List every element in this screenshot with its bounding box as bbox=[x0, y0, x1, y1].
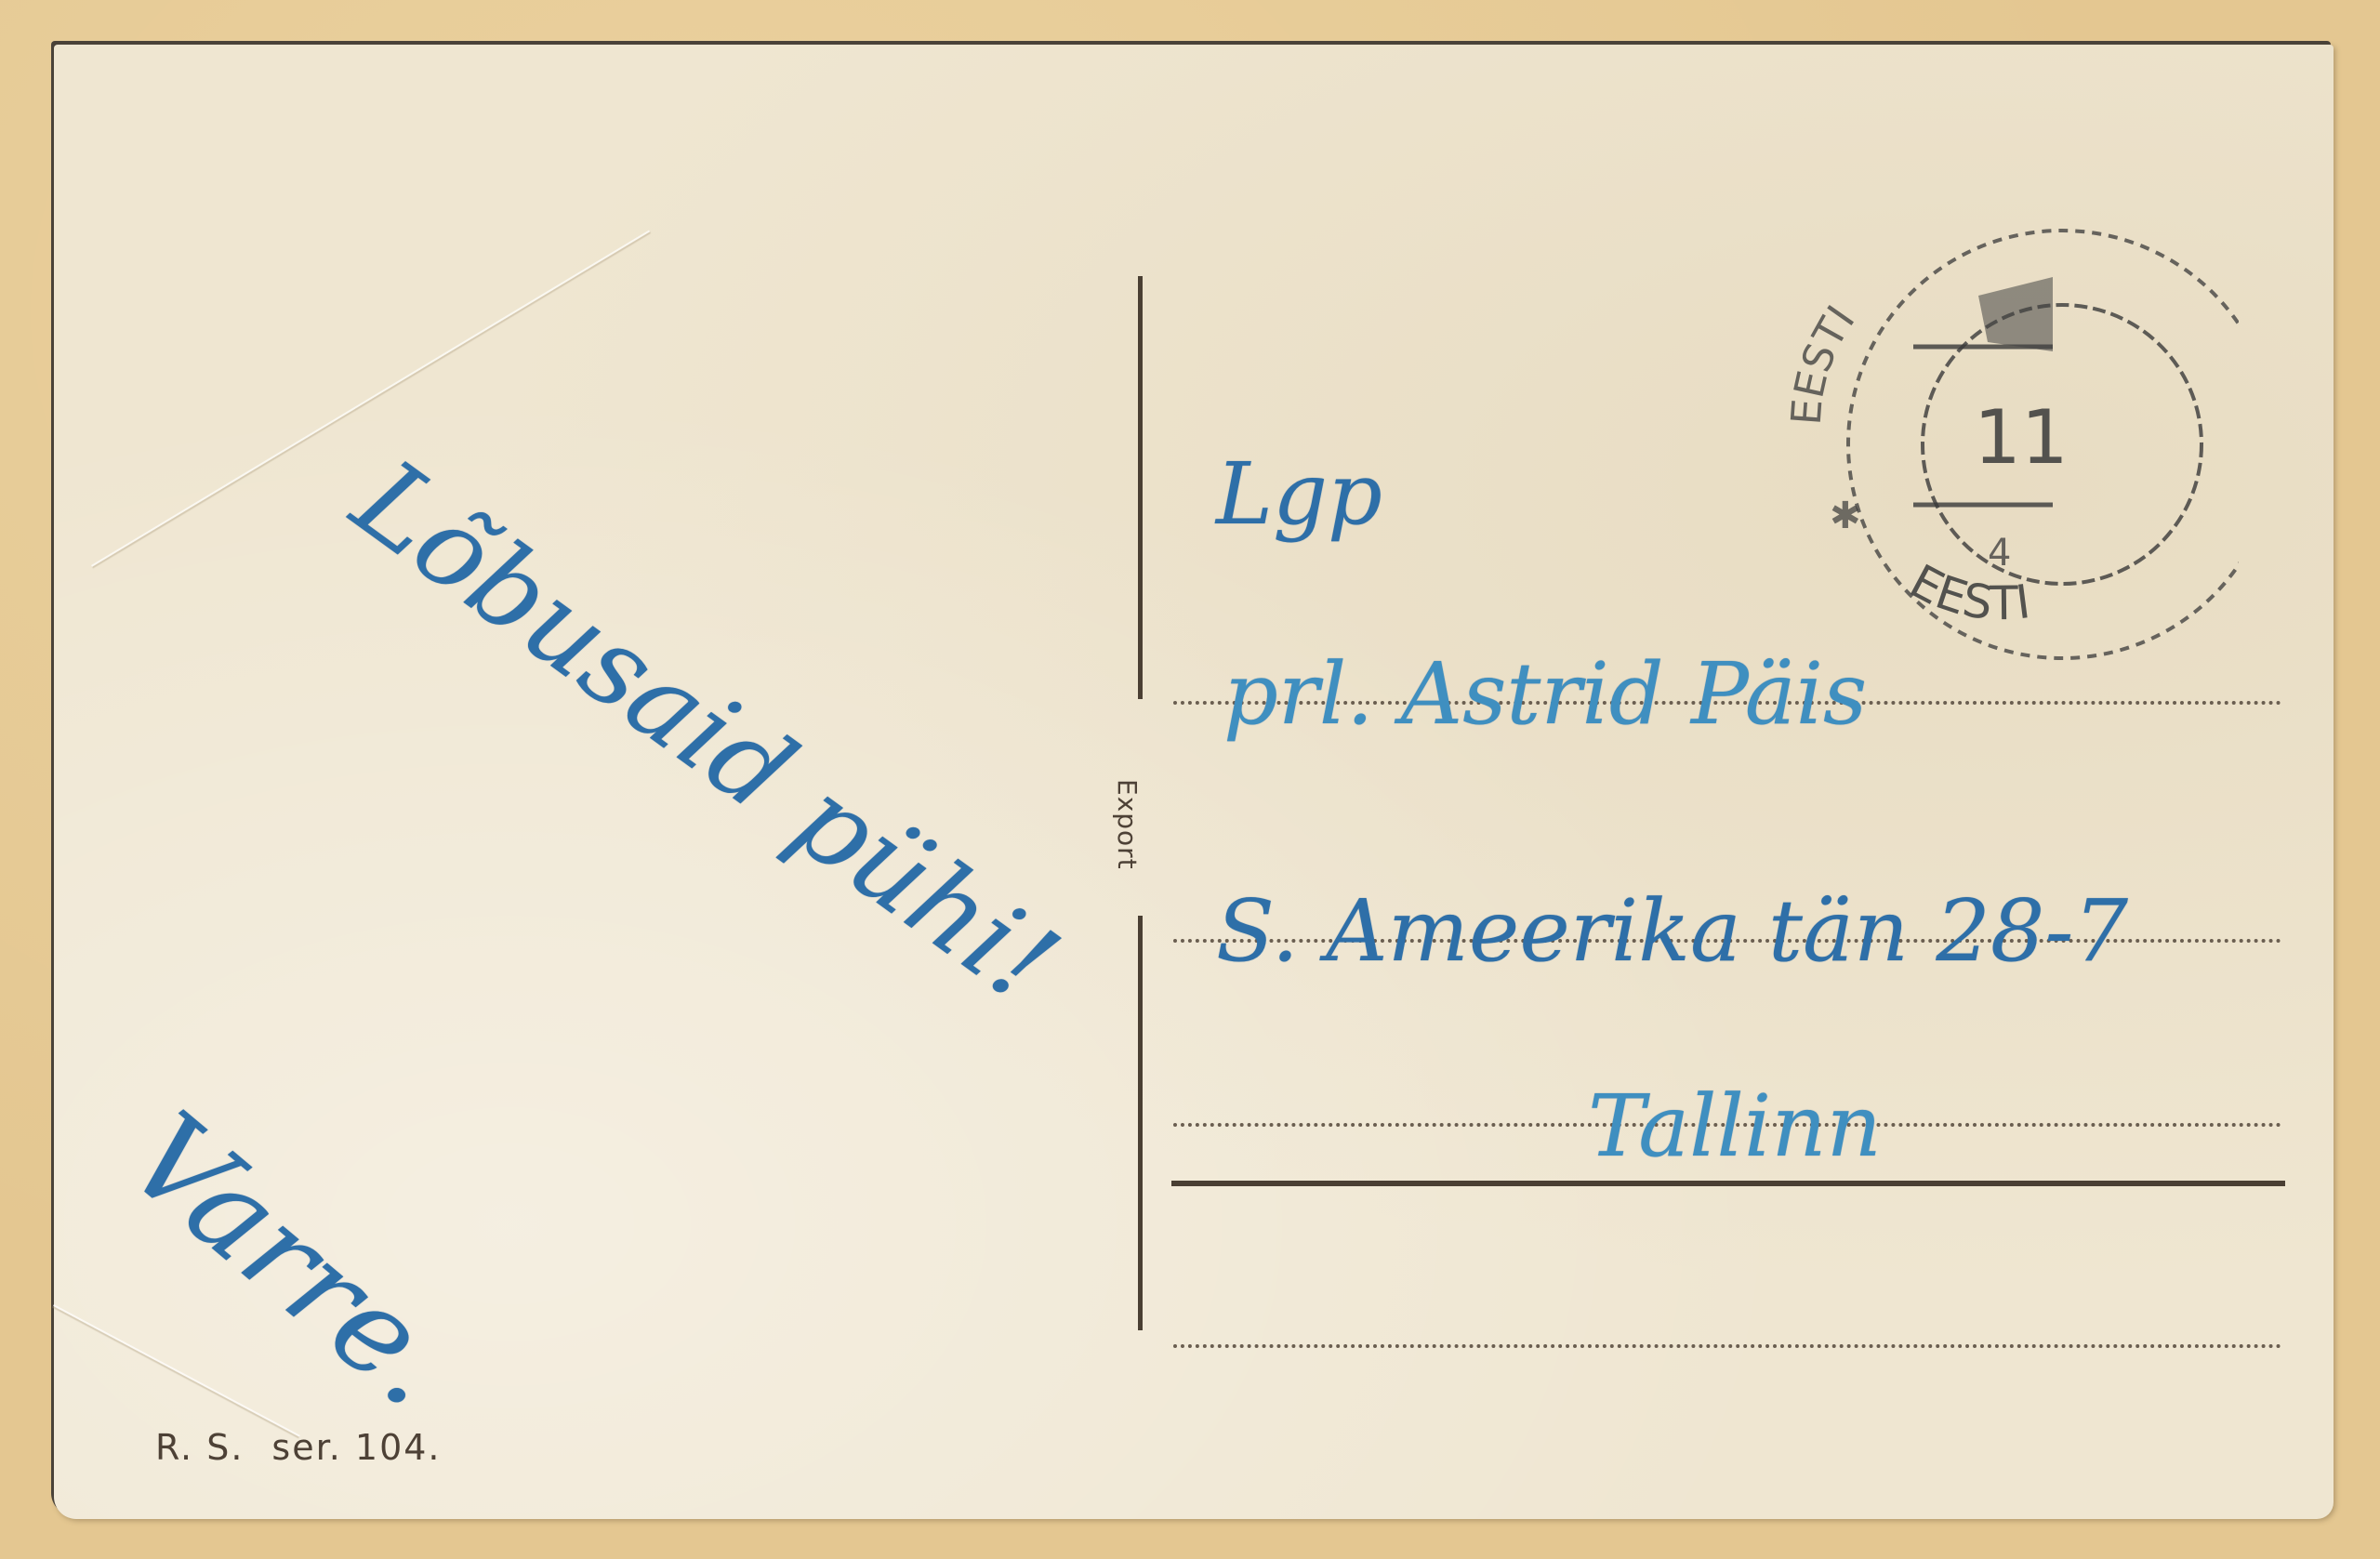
postmark-icon: EESTI EESTI 11 4 ✱ bbox=[1755, 184, 2239, 667]
export-label: Export bbox=[1115, 779, 1143, 937]
greeting-handwriting: Lõbusaid pühi! bbox=[332, 435, 1080, 1028]
postmark-bottom-text: EESTI bbox=[1901, 554, 2033, 630]
address-salutation: Lgp bbox=[1216, 444, 1382, 544]
svg-text:✱: ✱ bbox=[1830, 495, 1861, 537]
svg-text:EESTI: EESTI bbox=[1901, 554, 2033, 630]
publisher-mark: R. S.ser. 104. bbox=[155, 1427, 442, 1468]
postmark-day: 11 bbox=[1974, 394, 2069, 481]
signature-handwriting: Varre. bbox=[102, 1086, 480, 1434]
series-number: ser. 104. bbox=[271, 1427, 441, 1468]
address-city: Tallinn bbox=[1588, 1077, 1882, 1176]
address-line-4 bbox=[1173, 1344, 2281, 1348]
address-line-solid bbox=[1171, 1181, 2285, 1186]
divider-line-bottom bbox=[1138, 916, 1143, 1330]
address-street: S. Ameerika tän 28-7 bbox=[1216, 881, 2128, 981]
publisher-initials: R. S. bbox=[155, 1427, 244, 1468]
divider-line-top bbox=[1138, 276, 1143, 699]
postcard: Export R. S.ser. 104. Lõbusaid pühi! Var… bbox=[54, 45, 2334, 1519]
postmark-line2: 4 bbox=[1988, 532, 2011, 575]
postmark-stamp: EESTI EESTI 11 4 ✱ bbox=[1755, 184, 2239, 667]
